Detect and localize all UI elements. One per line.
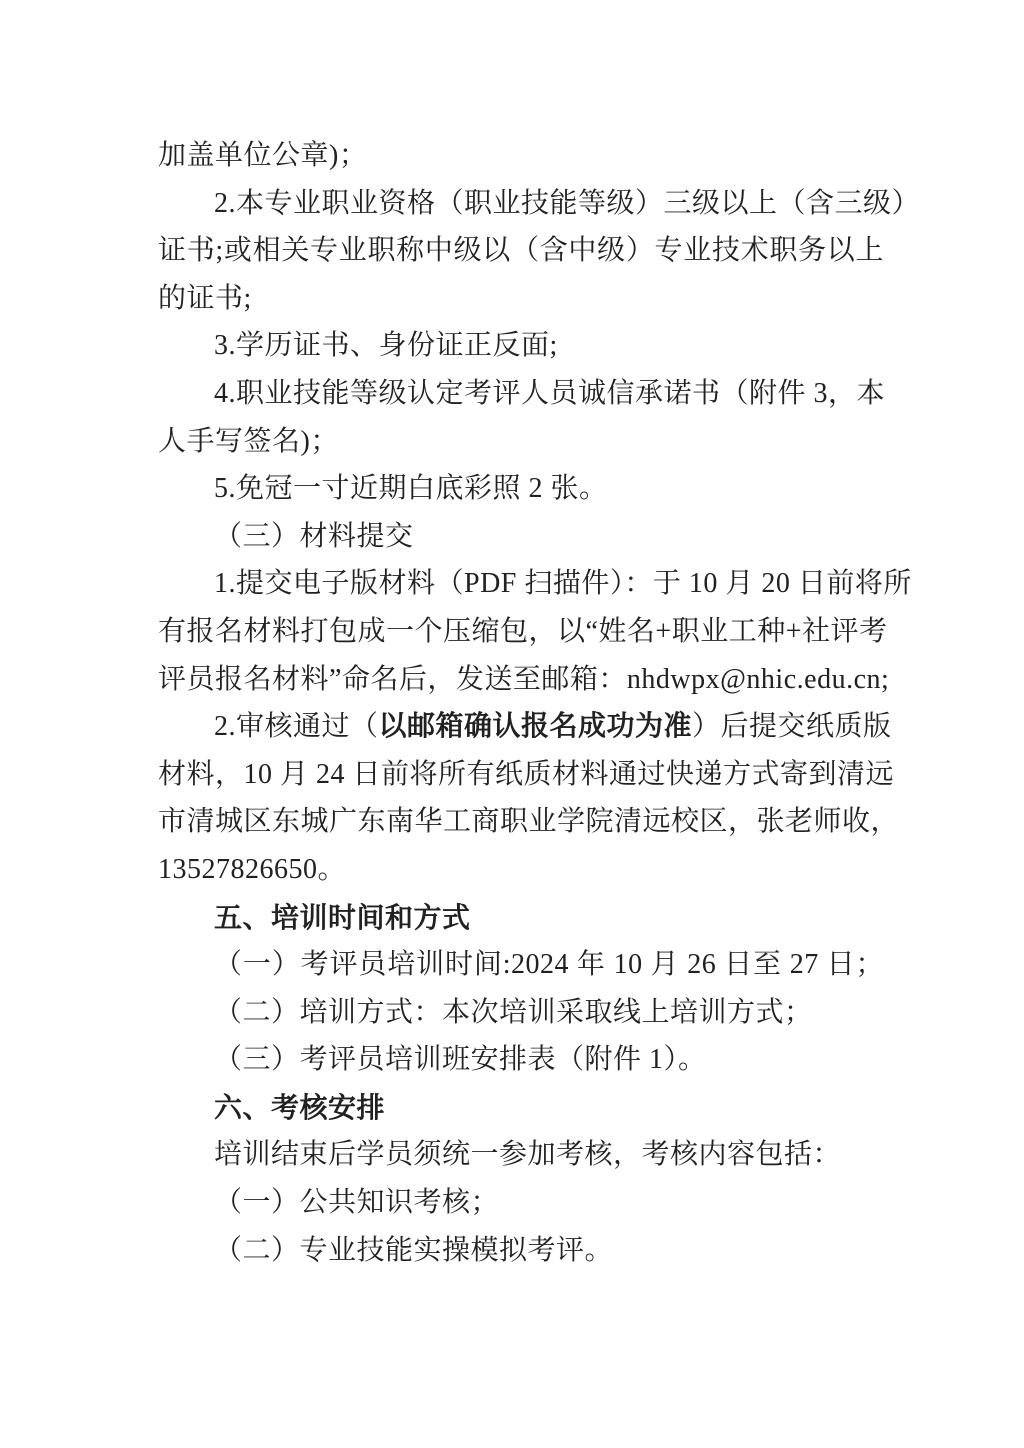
doc-line-paper-material-bold-emphasis: 以邮箱确认报名成功为准 — [379, 711, 693, 742]
doc-line-email-address: 评员报名材料”命名后，发送至邮箱：nhdwpx@nhic.edu.cn; — [158, 656, 884, 704]
doc-line-electronic-material: 1.提交电子版材料（PDF 扫描件）：于 10 月 20 日前将所 — [158, 560, 884, 608]
doc-line-assessment-practical: （二）专业技能实操模拟考评。 — [158, 1227, 884, 1275]
section-heading-assessment-arrangement: 六、考核安排 — [158, 1084, 884, 1132]
doc-line-item3-diploma: 3.学历证书、身份证正反面; — [158, 322, 884, 370]
section-heading-training-time: 五、培训时间和方式 — [158, 894, 884, 942]
doc-line-paper-material: 2.审核通过（以邮箱确认报名成功为准）后提交纸质版 — [158, 703, 884, 751]
doc-line-item5-photo: 5.免冠一寸近期白底彩照 2 张。 — [158, 465, 884, 513]
doc-line-assessment-intro: 培训结束后学员须统一参加考核，考核内容包括： — [158, 1131, 884, 1179]
doc-line-item4-commitment: 4.职业技能等级认定考评人员诚信承诺书（附件 3，本 — [158, 370, 884, 418]
doc-line-training-method: （二）培训方式：本次培训采取线上培训方式； — [158, 989, 884, 1037]
doc-line-item4-continuation: 人手写签名)； — [158, 418, 884, 466]
document-page: 加盖单位公章)； 2.本专业职业资格（职业技能等级）三级以上（含三级） 证书;或… — [158, 132, 884, 1274]
doc-line-paper-material-continuation-1: 材料，10 月 24 日前将所有纸质材料通过快递方式寄到清远 — [158, 751, 884, 799]
doc-subheading-material-submission: （三）材料提交 — [158, 513, 884, 561]
doc-line-item2-qualification: 2.本专业职业资格（职业技能等级）三级以上（含三级） — [158, 180, 884, 228]
doc-line-paper-material-pre: 2.审核通过（ — [214, 711, 379, 742]
doc-line-item2-continuation-2: 的证书; — [158, 275, 884, 323]
doc-line-seal-continuation: 加盖单位公章)； — [158, 132, 884, 180]
doc-line-training-time: （一）考评员培训时间:2024 年 10 月 26 日至 27 日； — [158, 941, 884, 989]
doc-line-item2-continuation-1: 证书;或相关专业职称中级以（含中级）专业技术职务以上 — [158, 227, 884, 275]
doc-line-paper-material-continuation-2: 市清城区东城广东南华工商职业学院清远校区，张老师收， — [158, 798, 884, 846]
doc-line-training-schedule: （三）考评员培训班安排表（附件 1）。 — [158, 1036, 884, 1084]
doc-line-paper-material-post: ）后提交纸质版 — [692, 711, 892, 742]
doc-line-phone-number: 13527826650。 — [158, 846, 884, 894]
doc-line-electronic-material-continuation-1: 有报名材料打包成一个压缩包，以“姓名+职业工种+社评考 — [158, 608, 884, 656]
doc-line-assessment-public-knowledge: （一）公共知识考核； — [158, 1179, 884, 1227]
